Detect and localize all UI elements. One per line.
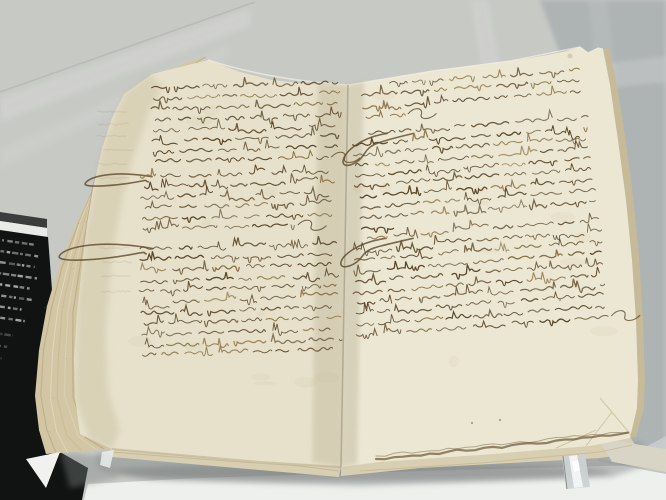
paper-stain-dot <box>568 54 573 59</box>
scene-canvas <box>0 0 666 500</box>
manuscript-book <box>35 47 666 477</box>
museum-photo: { "scene_type": "museum display photogra… <box>0 0 666 500</box>
